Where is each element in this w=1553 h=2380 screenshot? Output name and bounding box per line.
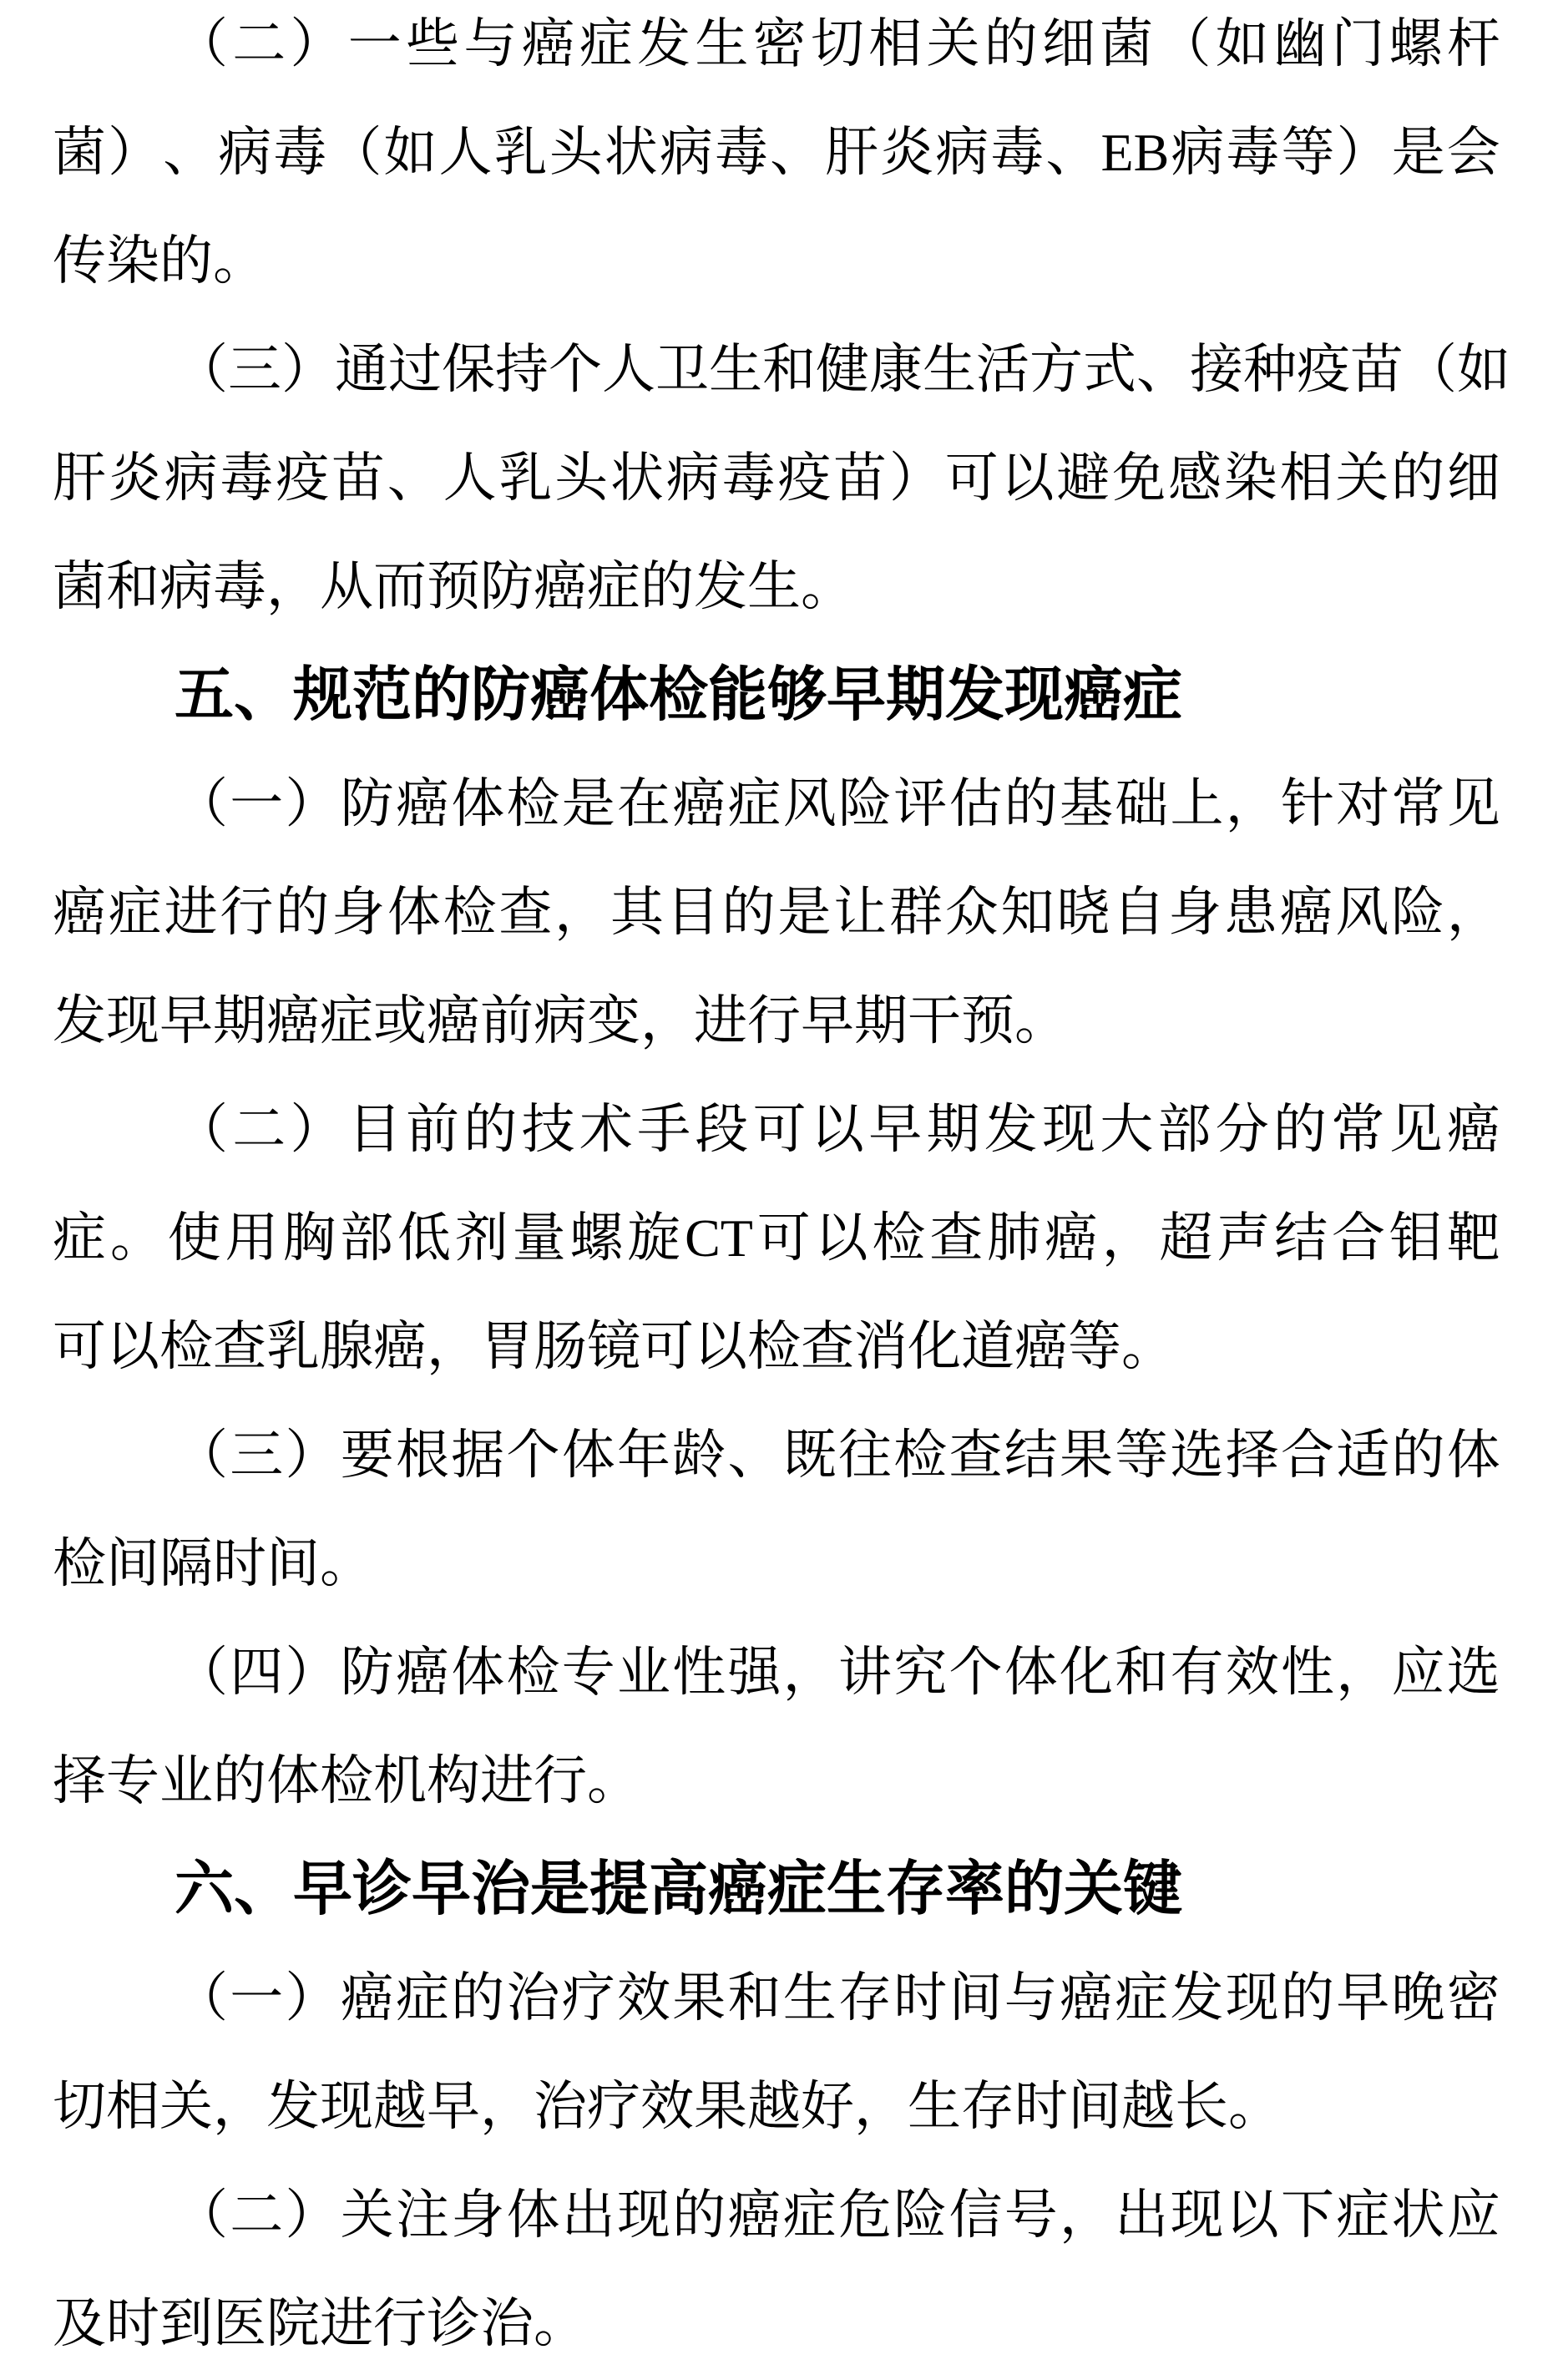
glyph-token: 癌: [672, 750, 726, 858]
glyph-token: 症: [109, 858, 162, 967]
glyph-token: 治: [507, 1944, 560, 2053]
glyph-token: 、: [728, 1401, 782, 1510]
glyph-token: 合: [1332, 1184, 1385, 1293]
glyph-token: 估: [949, 750, 1003, 858]
glyph-token: 过: [388, 316, 442, 424]
glyph-token: 化: [1060, 1618, 1113, 1727]
glyph-token: ）: [889, 424, 943, 533]
text-line: 癌症进行的身体检查，其目的是让群众知晓自身患癌风险，: [53, 858, 1500, 967]
glyph-token: 手: [637, 1076, 691, 1184]
glyph-token: 头: [549, 99, 603, 207]
glyph-token: 其: [610, 858, 664, 967]
glyph-token: 身: [451, 2161, 504, 2270]
glyph-token: 个: [549, 316, 602, 424]
glyph-token: 关: [341, 2161, 394, 2270]
glyph-token: 以: [1226, 2161, 1279, 2270]
glyph-token: （: [175, 0, 228, 99]
glyph-token: 避: [1056, 424, 1110, 533]
glyph-token: 染: [1224, 424, 1277, 533]
glyph-token: 胸: [282, 1184, 336, 1293]
glyph-token: 杆: [1447, 0, 1500, 99]
glyph-token: 年: [617, 1401, 670, 1510]
glyph-token: 病: [666, 424, 720, 533]
glyph-token: 根: [396, 1401, 449, 1510]
glyph-token: ，: [1102, 1184, 1156, 1293]
glyph-token: 行: [220, 858, 273, 967]
glyph-token: ）: [286, 2161, 339, 2270]
glyph-token: 人: [602, 316, 655, 424]
glyph-token: 体: [451, 1618, 504, 1727]
glyph-token: ，: [554, 858, 608, 967]
glyph-token: 险: [1391, 858, 1444, 967]
glyph-token: 生: [709, 316, 762, 424]
glyph-token: 二: [232, 1076, 286, 1184]
glyph-token: 性: [672, 1618, 726, 1727]
glyph-token: 分: [1216, 1076, 1269, 1184]
glyph-token: 通: [335, 316, 388, 424]
glyph-token: 常: [1331, 1076, 1384, 1184]
glyph-token: 专: [562, 1618, 615, 1727]
document-page: （二）一些与癌症发生密切相关的细菌（如幽门螺杆菌）、病毒（如人乳头状病毒、肝炎病…: [0, 0, 1553, 2380]
glyph-token: 和: [762, 316, 816, 424]
glyph-token: 目: [666, 858, 720, 967]
glyph-token: 身: [1168, 858, 1222, 967]
glyph-token: 病: [164, 424, 218, 533]
glyph-token: 选: [1447, 1618, 1500, 1727]
glyph-token: 幽: [1273, 0, 1327, 99]
glyph-token: 查: [949, 1401, 1003, 1510]
glyph-token: 应: [1447, 2161, 1500, 2270]
glyph-token: 时: [893, 1944, 947, 2053]
glyph-token: 病: [1171, 99, 1224, 207]
glyph-token: 关: [1335, 424, 1389, 533]
glyph-token: 存: [838, 1944, 892, 2053]
glyph-token: 业: [617, 1618, 670, 1727]
glyph-token: 群: [889, 858, 943, 967]
glyph-token: ）: [281, 316, 335, 424]
glyph-token: 症: [783, 2161, 837, 2270]
glyph-token: 等: [1282, 99, 1335, 207]
glyph-token: 如: [383, 99, 437, 207]
glyph-token: 以: [811, 1076, 864, 1184]
glyph-token: 以: [1001, 424, 1055, 533]
glyph-token: ）: [286, 750, 339, 858]
glyph-token: 毒: [273, 99, 326, 207]
glyph-token: 炎: [880, 99, 933, 207]
glyph-token: 的: [672, 2161, 726, 2270]
glyph-token: 、: [163, 99, 216, 207]
glyph-token: 苗: [833, 424, 887, 533]
glyph-token: 出: [1115, 2161, 1168, 2270]
glyph-token: 乳: [494, 99, 548, 207]
glyph-token: （: [1404, 316, 1457, 424]
glyph-token: 部: [1158, 1076, 1212, 1184]
glyph-token: 检: [507, 1618, 560, 1727]
glyph-token: 螺: [1389, 0, 1443, 99]
glyph-token: 自: [1112, 858, 1166, 967]
glyph-token: 评: [893, 750, 947, 858]
glyph-token: 状: [1392, 2161, 1445, 2270]
glyph-token: 毒: [715, 99, 768, 207]
glyph-token: 症: [728, 750, 782, 858]
glyph-token: 早: [868, 1076, 922, 1184]
glyph-token: 号: [1004, 2161, 1058, 2270]
glyph-token: 体: [1447, 1401, 1500, 1510]
glyph-token: 讲: [838, 1618, 892, 1727]
glyph-token: 结: [1274, 1184, 1328, 1293]
glyph-token: 常: [1392, 750, 1445, 858]
text-line: 菌）、病毒（如人乳头状病毒、肝炎病毒、EB病毒等）是会: [53, 99, 1500, 207]
glyph-token: 是: [777, 858, 831, 967]
glyph-token: 状: [605, 99, 658, 207]
glyph-token: 头: [554, 424, 608, 533]
glyph-token: 二: [232, 0, 286, 99]
glyph-token: 间: [949, 1944, 1003, 2053]
glyph-token: 对: [1336, 750, 1389, 858]
glyph-token: 毒: [1226, 99, 1279, 207]
glyph-token: 体: [1004, 1618, 1058, 1727]
glyph-token: 持: [495, 316, 549, 424]
glyph-token: 究: [893, 1618, 947, 1727]
glyph-token: （: [175, 1076, 228, 1184]
glyph-token: 康: [869, 316, 923, 424]
glyph-token: 菌: [1100, 0, 1153, 99]
glyph-token: 生: [923, 316, 976, 424]
glyph-token: （: [175, 750, 228, 858]
glyph-token: 螺: [569, 1184, 623, 1293]
glyph-token: 检: [507, 750, 560, 858]
glyph-token: ，: [1336, 1618, 1389, 1727]
glyph-token: 效: [617, 1944, 670, 2053]
glyph-token: 目: [348, 1076, 402, 1184]
glyph-token: 的: [1281, 1944, 1334, 2053]
glyph-token: 让: [833, 858, 887, 967]
glyph-token: 早: [1336, 1944, 1389, 2053]
glyph-token: ，: [1447, 858, 1500, 967]
document-body: （二）一些与癌症发生密切相关的细菌（如幽门螺杆菌）、病毒（如人乳头状病毒、肝炎病…: [53, 0, 1500, 2378]
glyph-token: 可: [757, 1184, 811, 1293]
glyph-token: ）: [1337, 99, 1390, 207]
glyph-token: 三: [230, 1401, 283, 1510]
glyph-token: 声: [1217, 1184, 1270, 1293]
glyph-token: 龄: [672, 1401, 726, 1510]
glyph-token: （: [175, 2161, 228, 2270]
glyph-token: 接: [1190, 316, 1243, 424]
text-line: 切相关，发现越早，治疗效果越好，生存时间越长。: [53, 2053, 1500, 2161]
glyph-token: 和: [1115, 1618, 1168, 1727]
glyph-token: 众: [945, 858, 999, 967]
text-line: （二）关注身体出现的癌症危险信号，出现以下症状应: [53, 2161, 1500, 2270]
text-line: （二）目前的技术手段可以早期发现大部分的常见癌: [53, 1076, 1500, 1184]
glyph-token: 择: [1226, 1401, 1279, 1510]
glyph-token: （: [175, 1618, 228, 1727]
glyph-token: 的: [1273, 1076, 1327, 1184]
glyph-token: CT: [685, 1184, 753, 1293]
glyph-token: ）: [286, 1618, 339, 1727]
glyph-token: 个: [507, 1401, 560, 1510]
glyph-token: 相: [868, 0, 922, 99]
glyph-token: 体: [451, 750, 504, 858]
glyph-token: 毒: [722, 424, 776, 533]
glyph-token: 果: [1060, 1401, 1113, 1510]
glyph-token: 防: [341, 750, 394, 858]
glyph-token: 部: [340, 1184, 393, 1293]
glyph-token: 在: [617, 750, 670, 858]
glyph-token: 二: [230, 2161, 283, 2270]
glyph-token: 针: [1281, 750, 1334, 858]
glyph-token: 癌: [1045, 1184, 1098, 1293]
glyph-token: 、: [1045, 99, 1099, 207]
glyph-token: ）: [291, 1076, 344, 1184]
glyph-token: 健: [816, 316, 869, 424]
glyph-token: 癌: [1280, 858, 1333, 967]
text-line: 及时到医院进行诊治。: [53, 2270, 1500, 2378]
glyph-token: 是: [562, 750, 615, 858]
text-line: 可以检查乳腺癌，胃肠镜可以检查消化道癌等。: [53, 1293, 1500, 1401]
text-line: 传染的。: [53, 207, 1500, 316]
section-heading: 五、规范的防癌体检能够早期发现癌症: [53, 641, 1500, 750]
glyph-token: 密: [1447, 1944, 1500, 2053]
glyph-token: 式: [1083, 316, 1136, 424]
glyph-token: 、: [1136, 316, 1190, 424]
glyph-token: 的: [722, 858, 776, 967]
glyph-token: 身: [331, 858, 385, 967]
glyph-token: ）: [286, 1401, 339, 1510]
glyph-token: 苗: [1350, 316, 1404, 424]
glyph-token: 门: [1331, 0, 1384, 99]
glyph-token: 上: [1171, 750, 1224, 858]
glyph-token: 一: [230, 750, 283, 858]
glyph-token: 往: [838, 1401, 892, 1510]
glyph-token: 体: [562, 1401, 615, 1510]
glyph-token: 肺: [987, 1184, 1040, 1293]
glyph-token: 如: [1216, 0, 1269, 99]
glyph-token: 状: [610, 424, 664, 533]
glyph-token: 据: [451, 1401, 504, 1510]
glyph-token: 癌: [522, 0, 575, 99]
glyph-token: 钼: [1389, 1184, 1443, 1293]
glyph-token: 现: [1226, 1944, 1279, 2053]
glyph-token: 查: [498, 858, 552, 967]
glyph-token: 果: [672, 1944, 726, 2053]
glyph-token: 种: [1243, 316, 1297, 424]
glyph-token: 用: [225, 1184, 278, 1293]
glyph-token: 和: [728, 1944, 782, 2053]
glyph-token: 选: [1171, 1401, 1224, 1510]
glyph-token: 癌: [728, 2161, 782, 2270]
glyph-token: 出: [562, 2161, 615, 2270]
glyph-token: （: [1158, 0, 1212, 99]
glyph-token: 现: [1042, 1076, 1095, 1184]
glyph-token: 可: [753, 1076, 807, 1184]
glyph-token: 强: [728, 1618, 782, 1727]
glyph-token: 是: [1392, 99, 1445, 207]
glyph-token: 、: [770, 99, 823, 207]
glyph-token: 现: [1171, 2161, 1224, 2270]
glyph-token: 有: [1171, 1618, 1224, 1727]
glyph-token: 险: [893, 2161, 947, 2270]
glyph-token: 癌: [1447, 1076, 1500, 1184]
glyph-token: 晓: [1056, 858, 1110, 967]
glyph-token: 、: [387, 424, 441, 533]
glyph-token: 发: [1171, 1944, 1224, 2053]
glyph-token: 信: [949, 2161, 1003, 2270]
glyph-token: （: [175, 1401, 228, 1510]
glyph-token: 密: [753, 0, 807, 99]
glyph-token: 如: [1457, 316, 1510, 424]
glyph-token: 三: [228, 316, 281, 424]
glyph-token: 量: [513, 1184, 566, 1293]
glyph-token: 超: [1160, 1184, 1213, 1293]
glyph-token: ，: [1060, 2161, 1113, 2270]
glyph-token: 癌: [396, 1618, 449, 1727]
text-line: （二）一些与癌症发生密切相关的细菌（如幽门螺杆: [53, 0, 1500, 99]
glyph-token: 结: [1004, 1401, 1058, 1510]
glyph-token: 生: [695, 0, 748, 99]
glyph-token: 毒: [220, 424, 273, 533]
glyph-token: 人: [443, 424, 497, 533]
glyph-token: 技: [522, 1076, 575, 1184]
glyph-token: 细: [1042, 0, 1095, 99]
text-line: （三）要根据个体年龄、既往检查结果等选择合适的体: [53, 1401, 1500, 1510]
glyph-token: 期: [926, 1076, 979, 1184]
glyph-token: 既: [783, 1401, 837, 1510]
glyph-token: 剂: [455, 1184, 508, 1293]
glyph-token: 见: [1389, 1076, 1443, 1184]
glyph-token: 毒: [990, 99, 1044, 207]
glyph-token: 人: [439, 99, 493, 207]
glyph-token: 的: [984, 0, 1038, 99]
glyph-token: 肝: [53, 424, 106, 533]
text-line: （四）防癌体检专业性强，讲究个体化和有效性，应选: [53, 1618, 1500, 1727]
glyph-token: 注: [396, 2161, 449, 2270]
glyph-token: 切: [811, 0, 864, 99]
glyph-token: 大: [1100, 1076, 1153, 1184]
glyph-token: （: [175, 316, 228, 424]
glyph-token: 的: [1391, 424, 1444, 533]
glyph-token: 险: [838, 750, 892, 858]
glyph-token: 症: [53, 1184, 106, 1293]
glyph-token: 检: [872, 1184, 925, 1293]
glyph-token: 一: [348, 0, 402, 99]
text-line: （一）癌症的治疗效果和生存时间与癌症发现的早晚密: [53, 1944, 1500, 2053]
glyph-token: 旋: [627, 1184, 680, 1293]
glyph-token: 与: [463, 0, 517, 99]
glyph-token: 现: [617, 2161, 670, 2270]
glyph-token: 性: [1281, 1618, 1334, 1727]
glyph-token: 发: [984, 1076, 1038, 1184]
glyph-token: （: [175, 1944, 228, 2053]
glyph-token: 使: [168, 1184, 221, 1293]
glyph-token: 四: [230, 1618, 283, 1727]
glyph-token: 适: [1336, 1401, 1389, 1510]
glyph-token: 体: [507, 2161, 560, 2270]
glyph-token: 方: [1029, 316, 1083, 424]
glyph-token: 生: [783, 1944, 837, 2053]
glyph-token: 以: [815, 1184, 868, 1293]
glyph-token: 风: [783, 750, 837, 858]
glyph-token: 晚: [1392, 1944, 1445, 2053]
glyph-token: 症: [1336, 2161, 1389, 2270]
glyph-token: 合: [1281, 1401, 1334, 1510]
glyph-token: EB: [1100, 99, 1169, 207]
glyph-token: 卫: [655, 316, 709, 424]
glyph-token: 患: [1224, 858, 1277, 967]
glyph-token: 疗: [562, 1944, 615, 2053]
glyph-token: 炎: [109, 424, 162, 533]
glyph-token: 风: [1335, 858, 1389, 967]
glyph-token: 疫: [777, 424, 831, 533]
glyph-token: 活: [976, 316, 1029, 424]
glyph-token: 础: [1115, 750, 1168, 858]
glyph-token: 检: [443, 858, 497, 967]
glyph-token: 发: [637, 0, 691, 99]
glyph-token: 病: [660, 99, 713, 207]
glyph-token: 的: [463, 1076, 517, 1184]
glyph-token: 免: [1112, 424, 1166, 533]
glyph-token: 感: [1168, 424, 1222, 533]
glyph-token: ）: [291, 0, 344, 99]
glyph-token: （: [328, 99, 382, 207]
glyph-token: 应: [1392, 1618, 1445, 1727]
glyph-token: ，: [783, 1618, 837, 1727]
glyph-token: 基: [1060, 750, 1113, 858]
glyph-token: 查: [929, 1184, 983, 1293]
text-line: 检间隔时间。: [53, 1510, 1500, 1618]
glyph-token: 等: [1115, 1401, 1168, 1510]
text-line: 菌和病毒，从而预防癌症的发生。: [53, 533, 1500, 641]
glyph-token: 前: [406, 1076, 459, 1184]
glyph-token: 症: [1115, 1944, 1168, 2053]
glyph-token: 病: [218, 99, 271, 207]
text-line: （一）防癌体检是在癌症风险评估的基础上，针对常见: [53, 750, 1500, 858]
glyph-token: 癌: [1060, 1944, 1113, 2053]
glyph-token: 效: [1226, 1618, 1279, 1727]
section-heading: 六、早诊早治是提高癌症生存率的关键: [53, 1836, 1500, 1944]
glyph-token: 关: [926, 0, 979, 99]
glyph-token: 病: [935, 99, 989, 207]
glyph-token: 的: [1004, 750, 1058, 858]
glyph-token: 的: [276, 858, 329, 967]
glyph-token: 菌: [53, 99, 106, 207]
glyph-token: 症: [396, 1944, 449, 2053]
glyph-token: 检: [893, 1401, 947, 1510]
glyph-token: 进: [164, 858, 218, 967]
glyph-token: 。: [110, 1184, 164, 1293]
text-line: 症。使用胸部低剂量螺旋CT可以检查肺癌，超声结合钼靶: [53, 1184, 1500, 1293]
glyph-token: 苗: [331, 424, 385, 533]
glyph-token: 知: [1001, 858, 1055, 967]
glyph-token: 癌: [341, 1944, 394, 2053]
glyph-token: ，: [1226, 750, 1279, 858]
glyph-token: 疫: [276, 424, 329, 533]
glyph-token: 低: [397, 1184, 451, 1293]
glyph-token: 下: [1281, 2161, 1334, 2270]
glyph-token: 会: [1447, 99, 1500, 207]
text-line: 择专业的体检机构进行。: [53, 1727, 1500, 1836]
glyph-token: 可: [945, 424, 999, 533]
glyph-token: 个: [949, 1618, 1003, 1727]
glyph-token: 肝: [825, 99, 878, 207]
glyph-token: 术: [579, 1076, 633, 1184]
glyph-token: 的: [451, 1944, 504, 2053]
glyph-token: 防: [341, 1618, 394, 1727]
glyph-token: 与: [1004, 1944, 1058, 2053]
glyph-token: 保: [442, 316, 495, 424]
glyph-token: 症: [579, 0, 633, 99]
glyph-token: 靶: [1447, 1184, 1500, 1293]
glyph-token: 危: [838, 2161, 892, 2270]
